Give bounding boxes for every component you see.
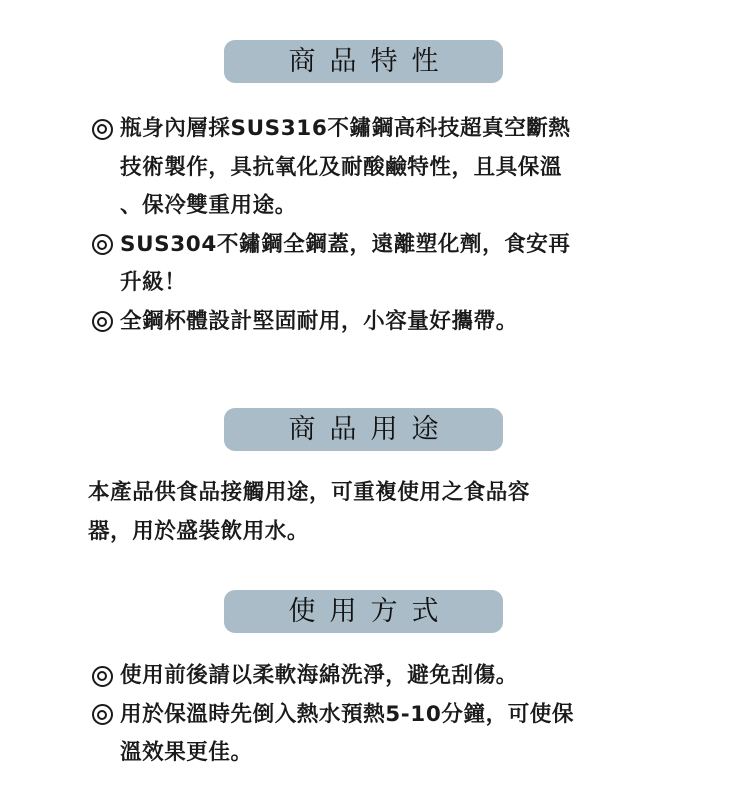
list-item-line: 使用前後請以柔軟海綿洗淨，避免刮傷。	[88, 657, 648, 696]
instruction-item: 使用前後請以柔軟海綿洗淨，避免刮傷。	[88, 657, 648, 696]
feature-item: SUS304不鏽鋼全鋼蓋，遠離塑化劑，食安再 升級！	[88, 226, 648, 303]
instruction-item: 用於保溫時先倒入熱水預熱5-10分鐘，可使保 溫效果更佳。	[88, 696, 648, 773]
feature-item: 瓶身內層採SUS316不鏽鋼高科技超真空斷熱 技術製作，具抗氧化及耐酸鹼特性，且…	[88, 110, 648, 226]
section-title: 商品用途	[289, 416, 453, 443]
double-circle-bullet-icon	[89, 696, 115, 735]
features-list: 瓶身內層採SUS316不鏽鋼高科技超真空斷熱 技術製作，具抗氧化及耐酸鹼特性，且…	[88, 110, 648, 341]
paragraph-line: 器，用於盛裝飲用水。	[88, 513, 648, 552]
double-circle-bullet-icon	[89, 226, 115, 265]
list-item-line: 升級！	[88, 264, 648, 303]
double-circle-bullet-icon	[89, 657, 115, 696]
section-header-usage: 商品用途	[224, 408, 503, 451]
double-circle-bullet-icon	[89, 110, 115, 149]
list-item-line: 瓶身內層採SUS316不鏽鋼高科技超真空斷熱	[88, 110, 648, 149]
section-title: 商品特性	[289, 48, 453, 75]
list-item-line: 、保冷雙重用途。	[88, 187, 648, 226]
section-header-instructions: 使用方式	[224, 590, 503, 633]
list-item-line: 全鋼杯體設計堅固耐用，小容量好攜帶。	[88, 303, 648, 342]
list-item-line: SUS304不鏽鋼全鋼蓋，遠離塑化劑，食安再	[88, 226, 648, 265]
double-circle-bullet-icon	[89, 303, 115, 342]
list-item-line: 技術製作，具抗氧化及耐酸鹼特性，且具保溫	[88, 149, 648, 188]
paragraph-line: 本產品供食品接觸用途，可重複使用之食品容	[88, 474, 648, 513]
list-item-line: 溫效果更佳。	[88, 734, 648, 773]
instructions-list: 使用前後請以柔軟海綿洗淨，避免刮傷。 用於保溫時先倒入熱水預熱5-10分鐘，可使…	[88, 657, 648, 773]
section-header-features: 商品特性	[224, 40, 503, 83]
feature-item: 全鋼杯體設計堅固耐用，小容量好攜帶。	[88, 303, 648, 342]
list-item-line: 用於保溫時先倒入熱水預熱5-10分鐘，可使保	[88, 696, 648, 735]
section-title: 使用方式	[289, 598, 453, 625]
usage-text: 本產品供食品接觸用途，可重複使用之食品容 器，用於盛裝飲用水。	[88, 474, 648, 551]
